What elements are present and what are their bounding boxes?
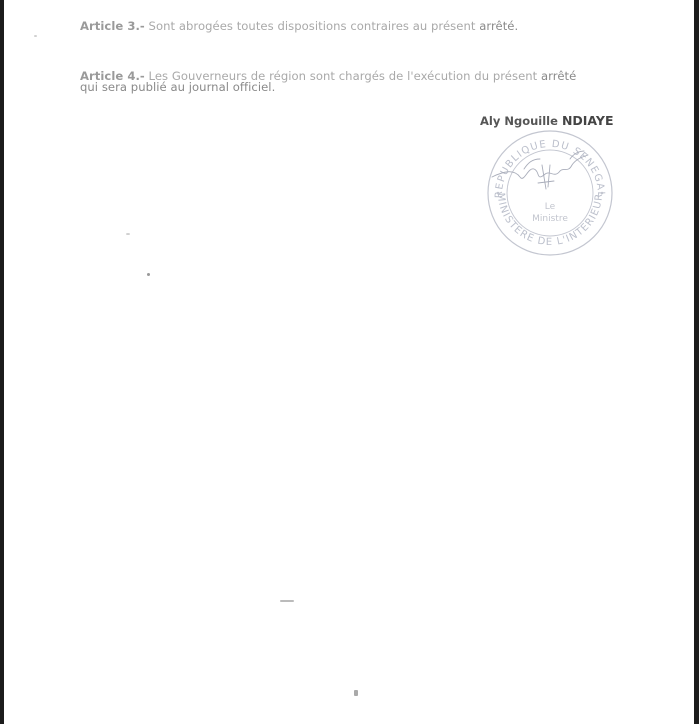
signatory-first-names: Aly Ngouille	[480, 114, 558, 128]
signatory-last-name: NDIAYE	[562, 113, 614, 128]
article-3-label: Article 3.-	[80, 19, 145, 33]
article-3: Article 3.- Sont abrogées toutes disposi…	[80, 21, 518, 32]
article-3-end: arrêté.	[479, 19, 518, 33]
article-4-line2: qui sera publié au journal officiel.	[80, 82, 576, 93]
scan-speck	[354, 690, 358, 696]
scan-speck	[147, 273, 150, 276]
scan-border-right	[694, 0, 699, 724]
article-3-text: Sont abrogées toutes dispositions contra…	[149, 19, 476, 33]
article-4-line1-end: arrêté	[541, 69, 576, 83]
document-page: Article 3.- Sont abrogées toutes disposi…	[4, 0, 694, 724]
article-4: Article 4.- Les Gouverneurs de région so…	[80, 71, 576, 93]
svg-text:Ministre: Ministre	[532, 214, 568, 224]
signatory-name: Aly Ngouille NDIAYE	[480, 113, 614, 128]
svg-text:Le: Le	[545, 202, 556, 212]
official-stamp-icon: REPUBLIQUE DU SENEGAL MINISTERE DE L'INT…	[484, 129, 616, 257]
scan-speck	[126, 233, 130, 235]
scan-speck	[280, 600, 294, 602]
scan-speck	[34, 35, 37, 37]
